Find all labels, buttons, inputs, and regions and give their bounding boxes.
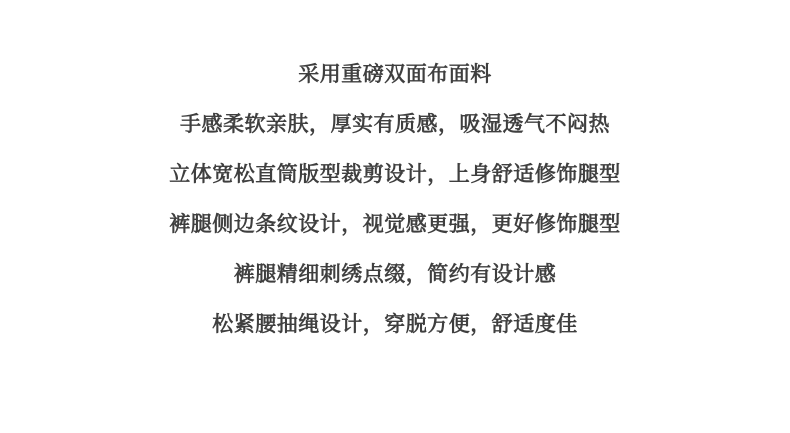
description-line-feel: 手感柔软亲肤，厚实有质感，吸湿透气不闷热 xyxy=(0,99,790,149)
description-line-fabric: 采用重磅双面布面料 xyxy=(0,49,790,99)
description-line-waist: 松紧腰抽绳设计，穿脱方便，舒适度佳 xyxy=(0,299,790,349)
product-description-block: 采用重磅双面布面料 手感柔软亲肤，厚实有质感，吸湿透气不闷热 立体宽松直筒版型裁… xyxy=(0,0,790,349)
description-line-stripe: 裤腿侧边条纹设计，视觉感更强，更好修饰腿型 xyxy=(0,199,790,249)
description-line-embroidery: 裤腿精细刺绣点缀，简约有设计感 xyxy=(0,249,790,299)
description-line-cut: 立体宽松直筒版型裁剪设计，上身舒适修饰腿型 xyxy=(0,149,790,199)
